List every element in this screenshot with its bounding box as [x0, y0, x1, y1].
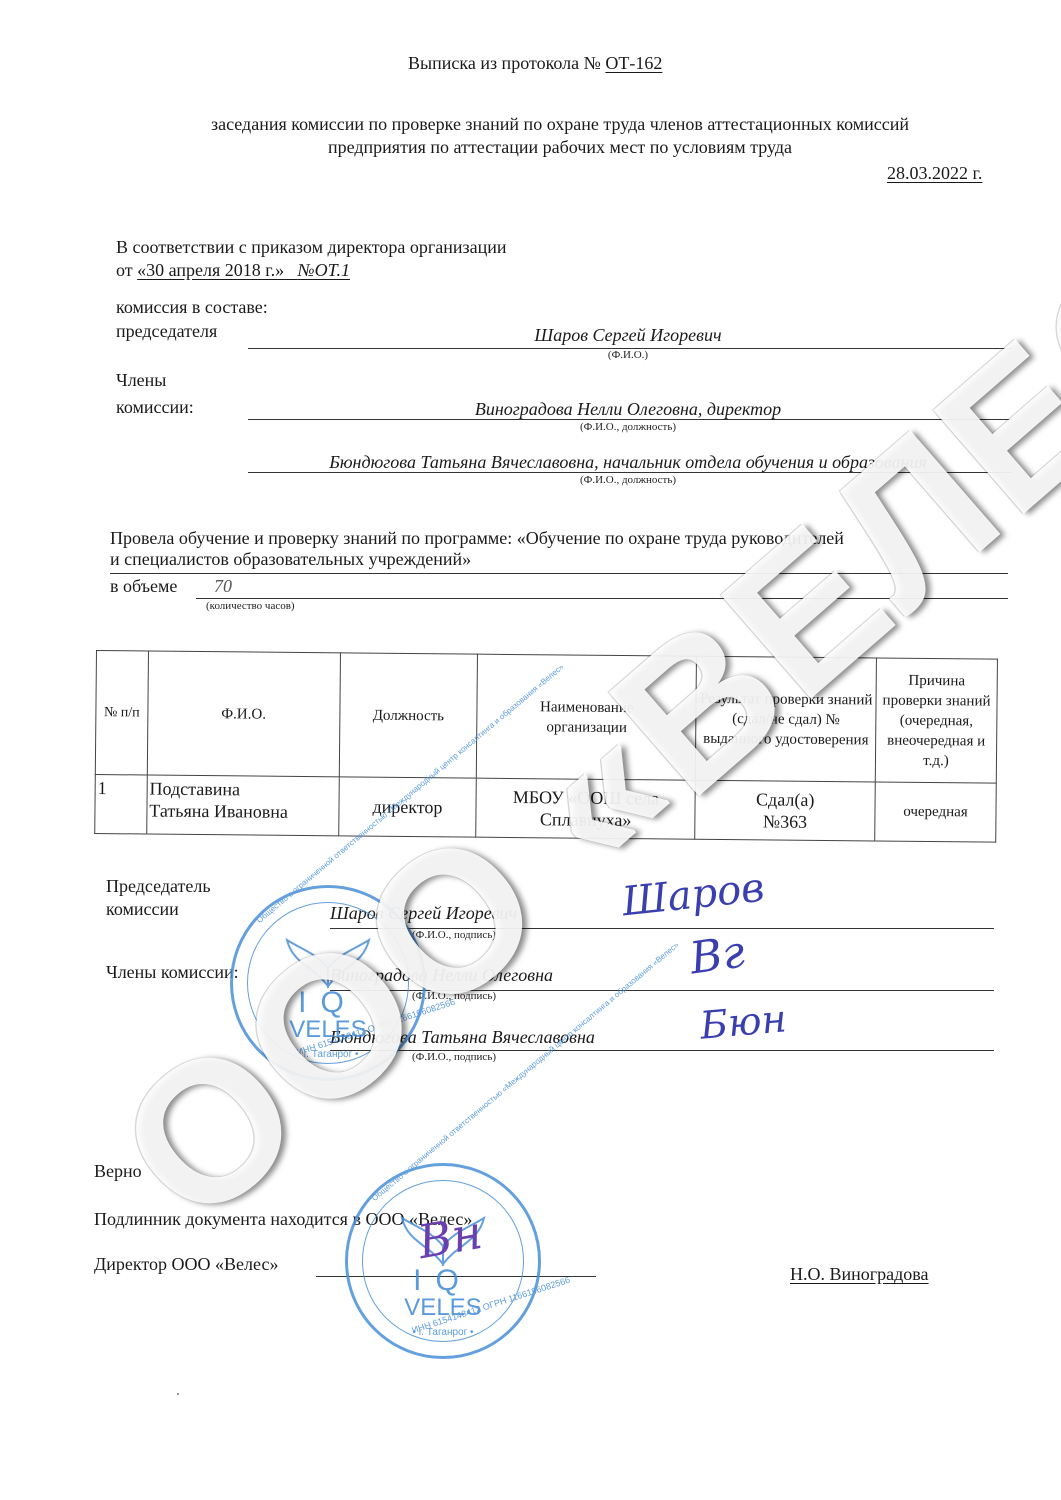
member-2-text: Бюндюгова Татьяна Вячеславовна, начальни…: [248, 451, 1008, 473]
commission-stamp: Общество с ограниченной ответственностью…: [230, 885, 426, 1081]
members-label-2: комиссии:: [116, 396, 194, 418]
program-line: [110, 573, 1008, 574]
table-header-row: № п/п Ф.И.О. Должность Наименование орга…: [95, 651, 997, 784]
header-result: Результат проверки знаний (сдал/не сдал)…: [696, 656, 877, 782]
volume-line: [196, 598, 1008, 599]
stamp-city: • г. Таганрог •: [233, 1049, 423, 1060]
cell-result: Сдал(а) №363: [695, 780, 875, 841]
member-1-text: Виноградова Нелли Олеговна, директор: [248, 398, 1008, 420]
scan-speck: [177, 1393, 179, 1395]
chairman-caption: (Ф.И.О.): [248, 349, 1008, 361]
table-row: 1 Подставина Татьяна Ивановна директор М…: [95, 774, 997, 842]
document-title: Выписка из протокола № ОТ-162: [408, 52, 662, 74]
cell-reason: очередная: [875, 782, 997, 842]
verified-label: Верно: [94, 1160, 142, 1182]
program-line-1: Провела обучение и проверку знаний по пр…: [110, 527, 844, 549]
chairman-signature: Шаров: [620, 865, 766, 926]
chairman-name: Шаров Сергей Игоревич: [248, 324, 1008, 346]
cell-name: Подставина Татьяна Ивановна: [147, 775, 339, 836]
header-number: № п/п: [95, 651, 148, 775]
header-reason: Причина проверки знаний (очередная, внео…: [875, 658, 997, 783]
volume-value: 70: [214, 575, 232, 597]
order-number: №ОТ.1: [298, 260, 350, 280]
order-reference: от «30 апреля 2018 г.» №ОТ.1: [116, 259, 350, 281]
sig-member-2-caption: (Ф.И.О., подпись): [412, 1051, 496, 1063]
composition-label: комиссия в составе:: [116, 296, 268, 318]
sig-chairman-label-1: Председатель: [106, 875, 211, 897]
sig-chairman-label-2: комиссии: [106, 898, 179, 920]
cell-result-line-1: Сдал(а): [698, 788, 873, 812]
subtitle-line-2: предприятия по аттестации рабочих мест п…: [100, 136, 1020, 158]
member-2-signature: Бюн: [698, 996, 788, 1047]
header-organization: Наименование организации: [477, 654, 697, 780]
header-fio: Ф.И.О.: [147, 651, 340, 777]
sig-members-label: Члены комиссии:: [106, 961, 239, 983]
cell-position: директор: [338, 777, 476, 837]
protocol-number: ОТ-162: [605, 53, 662, 73]
order-prefix: от: [116, 260, 133, 280]
director-label: Директор ООО «Велес»: [94, 1253, 278, 1275]
members-label-1: Члены: [116, 369, 166, 391]
stamp-city: • г. Таганрог •: [348, 1327, 538, 1338]
cell-number: 1: [95, 774, 147, 833]
member-1-signature: Вг: [687, 926, 748, 984]
cell-org-line-2: Сплавнуха»: [479, 808, 693, 832]
volume-caption: (количество часов): [206, 600, 295, 612]
program-line-2: и специалистов образовательных учреждени…: [110, 548, 471, 570]
title-prefix: Выписка из протокола №: [408, 53, 601, 73]
member-2-line: [248, 472, 1012, 473]
order-line: В соответствии с приказом директора орга…: [116, 236, 507, 258]
director-name: Н.О. Виноградова: [790, 1263, 929, 1285]
cell-name-line-2: Татьяна Ивановна: [149, 800, 336, 824]
chairman-label: председателя: [116, 320, 217, 342]
member-1-caption: (Ф.И.О., должность): [248, 421, 1008, 433]
volume-label: в объеме: [110, 575, 177, 597]
cell-organization: МБОУ «ООШ села Сплавнуха»: [476, 778, 695, 839]
subtitle-line-1: заседания комиссии по проверке знаний по…: [100, 113, 1020, 135]
order-date: «30 апреля 2018 г.»: [137, 260, 284, 280]
protocol-date: 28.03.2022 г.: [887, 162, 982, 184]
director-signature: Вн: [414, 1205, 487, 1269]
member-1-line: [248, 419, 1012, 420]
member-2-caption: (Ф.И.О., должность): [248, 474, 1008, 486]
cell-result-line-2: №363: [698, 810, 873, 834]
cell-name-line-1: Подставина: [149, 778, 336, 802]
sig-chairman-caption: (Ф.И.О., подпись): [412, 929, 496, 941]
cell-org-line-1: МБОУ «ООШ села: [479, 786, 693, 810]
